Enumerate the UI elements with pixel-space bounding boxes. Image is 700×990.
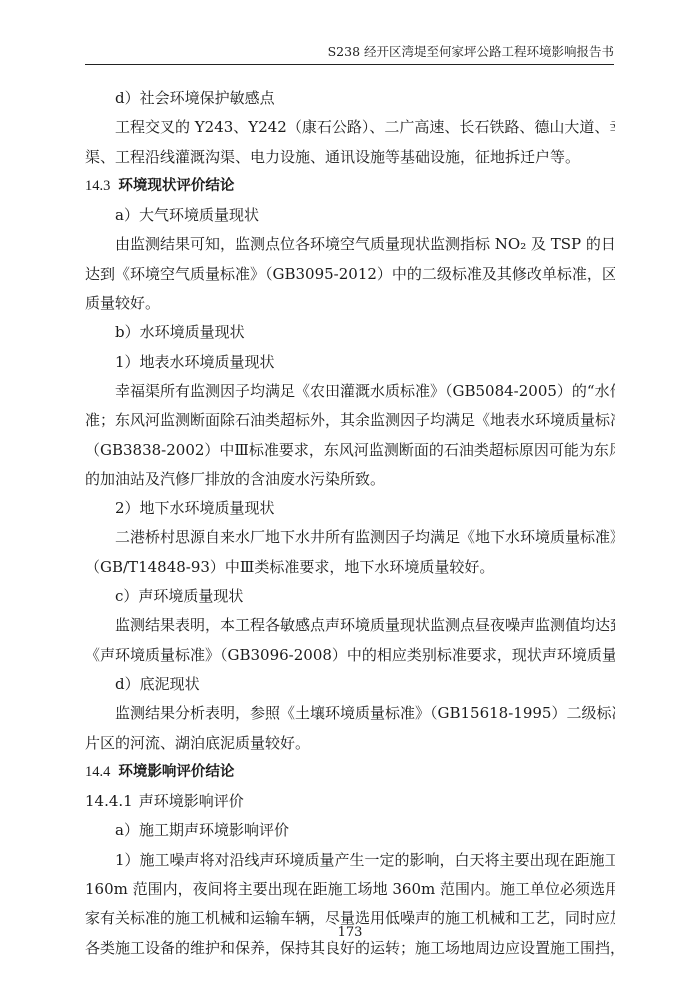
page-header: S238 经开区湾堤至何家坪公路工程环境影响报告书	[85, 40, 614, 65]
paragraph-line: 达到《环境空气质量标准》（GB3095-2012）中的二级标准及其修改单标准，区…	[85, 260, 615, 289]
item-heading: a）施工期声环境影响评价	[85, 816, 615, 845]
section-title: 环境现状评价结论	[118, 178, 234, 194]
item-heading: 2）地下水环境质量现状	[85, 494, 615, 523]
paragraph-line: 监测结果分析表明，参照《土壤环境质量标准》（GB15618-1995）二级标准，…	[85, 699, 615, 728]
section-title: 声环境影响评价	[139, 792, 244, 810]
section-number: 14.3	[85, 178, 110, 194]
paragraph-line: 1）施工噪声将对沿线声环境质量产生一定的影响，白天将主要出现在距施工场地	[85, 846, 615, 875]
subsection-heading: 14.4.1声环境影响评价	[85, 787, 615, 816]
paragraph-line: 监测结果表明，本工程各敏感点声环境质量现状监测点昼夜噪声监测值均达到	[85, 611, 615, 640]
page-number: 173	[0, 925, 700, 940]
paragraph-line: 片区的河流、湖泊底泥质量较好。	[85, 729, 615, 758]
paragraph-line: 幸福渠所有监测因子均满足《农田灌溉水质标准》（GB5084-2005）的“水作”…	[85, 377, 615, 406]
document-body: d）社会环境保护敏感点工程交叉的 Y243、Y242（康石公路）、二广高速、长石…	[85, 84, 615, 963]
report-title: S238 经开区湾堤至何家坪公路工程环境影响报告书	[328, 42, 614, 60]
item-heading: d）底泥现状	[85, 670, 615, 699]
section-heading: 14.3环境现状评价结论	[85, 172, 615, 201]
paragraph-line: （GB3838-2002）中Ⅲ标准要求，东风河监测断面的石油类超标原因可能为东风…	[85, 436, 615, 465]
item-heading: 1）地表水环境质量现状	[85, 348, 615, 377]
section-title: 环境影响评价结论	[118, 764, 234, 780]
section-number: 14.4.1	[85, 792, 133, 810]
paragraph-line: （GB/T14848-93）中Ⅲ类标准要求，地下水环境质量较好。	[85, 553, 615, 582]
section-heading: 14.4环境影响评价结论	[85, 758, 615, 787]
paragraph-line: 由监测结果可知，监测点位各环境空气质量现状监测指标 NO₂ 及 TSP 的日均值…	[85, 230, 615, 259]
paragraph-line: 渠、工程沿线灌溉沟渠、电力设施、通讯设施等基础设施，征地拆迁户等。	[85, 143, 615, 172]
item-heading: c）声环境质量现状	[85, 582, 615, 611]
paragraph-line: 准；东风河监测断面除石油类超标外，其余监测因子均满足《地表水环境质量标准》	[85, 406, 615, 435]
paragraph-line: 质量较好。	[85, 289, 615, 318]
section-number: 14.4	[85, 764, 110, 780]
paragraph-line: 160m 范围内，夜间将主要出现在距施工场地 360m 范围内。施工单位必须选用…	[85, 875, 615, 904]
paragraph-line: 二港桥村思源自来水厂地下水井所有监测因子均满足《地下水环境质量标准》	[85, 523, 615, 552]
item-heading: a）大气环境质量现状	[85, 201, 615, 230]
paragraph-line: 《声环境质量标准》（GB3096-2008）中的相应类别标准要求，现状声环境质量…	[85, 641, 615, 670]
item-heading: d）社会环境保护敏感点	[85, 84, 615, 113]
item-heading: b）水环境质量现状	[85, 318, 615, 347]
paragraph-line: 的加油站及汽修厂排放的含油废水污染所致。	[85, 465, 615, 494]
paragraph-line: 工程交叉的 Y243、Y242（康石公路）、二广高速、长石铁路、德山大道、幸福	[85, 113, 615, 142]
